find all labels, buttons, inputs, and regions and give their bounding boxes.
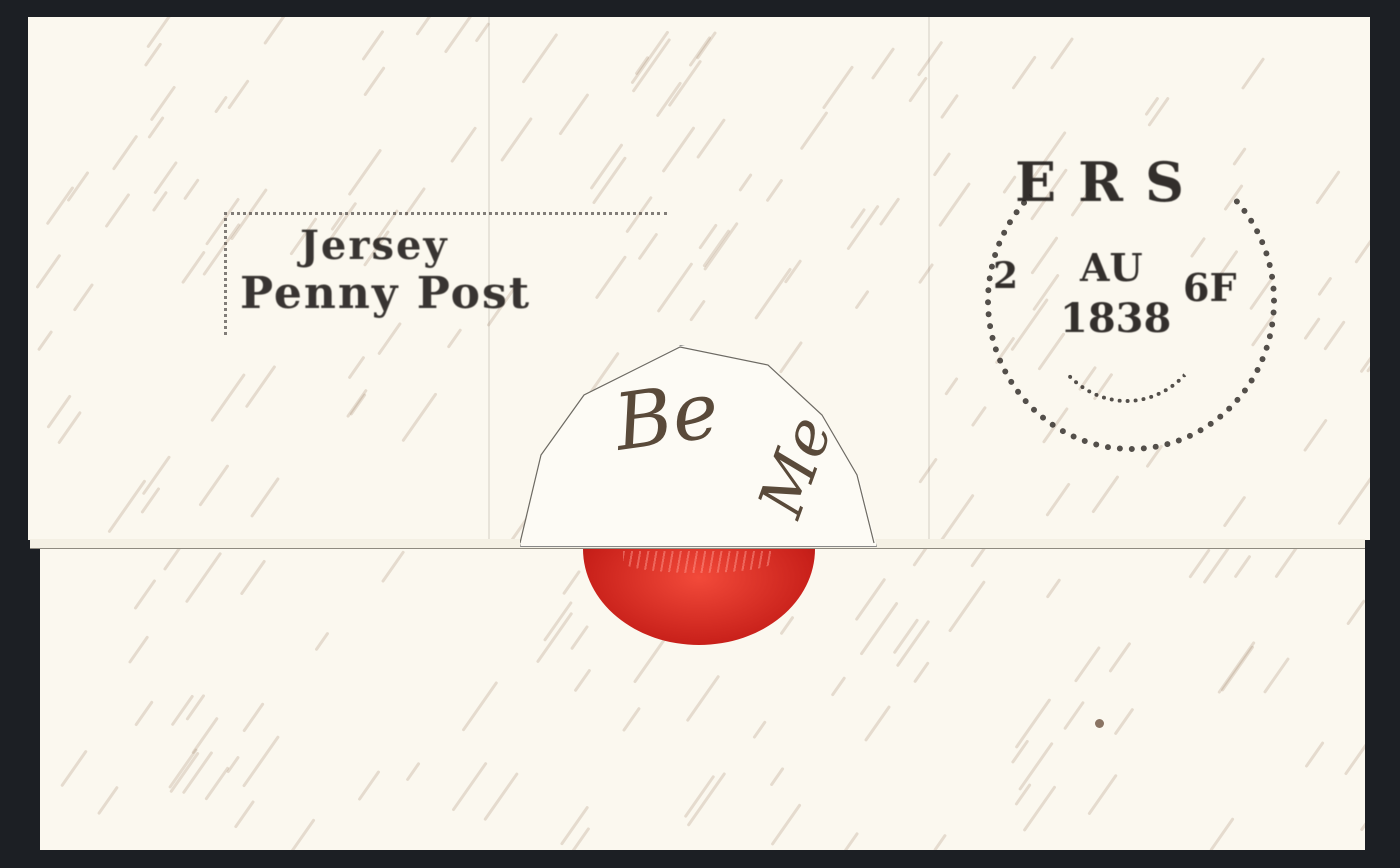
faint-writing-stroke [892, 618, 918, 654]
faint-writing-stroke [226, 756, 240, 774]
faint-writing-stroke [560, 805, 590, 845]
faint-writing-stroke [703, 222, 739, 271]
faint-writing-stroke [105, 193, 131, 228]
faint-writing-stroke [689, 299, 706, 321]
faint-writing-stroke [361, 29, 384, 60]
faint-writing-stroke [944, 377, 958, 396]
faint-writing-stroke [233, 800, 254, 828]
faint-writing-stroke [854, 578, 886, 621]
faint-writing-stroke [416, 17, 442, 36]
faint-writing-stroke [227, 80, 249, 110]
faint-writing-stroke [242, 735, 280, 787]
faint-writing-stroke [752, 720, 767, 739]
faint-writing-stroke [913, 549, 933, 567]
postmark-month: AU [1080, 245, 1143, 290]
faint-writing-stroke [483, 771, 519, 820]
faint-writing-stroke [1344, 732, 1365, 776]
faint-writing-stroke [347, 149, 381, 196]
faint-writing-stroke [766, 178, 784, 202]
faint-writing-stroke [1303, 419, 1328, 452]
faint-writing-stroke [314, 631, 329, 651]
faint-writing-stroke [1337, 476, 1370, 526]
faint-writing-stroke [1011, 55, 1037, 90]
faint-writing-stroke [133, 579, 156, 610]
faint-writing-stroke [1049, 37, 1073, 70]
faint-writing-stroke [1323, 320, 1346, 350]
faint-writing-stroke [778, 341, 802, 374]
faint-writing-stroke [1022, 785, 1056, 832]
faint-writing-stroke [686, 772, 726, 827]
faint-writing-stroke [1091, 475, 1119, 513]
faint-writing-stroke [58, 410, 83, 444]
faint-writing-stroke [450, 126, 477, 163]
handstamp-line-2: Penny Post [240, 268, 531, 319]
faint-writing-stroke [181, 250, 206, 283]
faint-writing-stroke [864, 705, 891, 742]
faint-writing-stroke [97, 786, 119, 815]
penny-post-handstamp: Jersey Penny Post [220, 200, 670, 350]
faint-writing-stroke [830, 676, 846, 696]
faint-writing-stroke [61, 750, 89, 788]
faint-writing-stroke [1223, 495, 1247, 527]
faint-writing-stroke [559, 93, 590, 135]
faint-writing-stroke [1108, 642, 1131, 673]
faint-writing-stroke [879, 197, 901, 226]
faint-writing-stroke [661, 126, 695, 173]
faint-writing-stroke [128, 635, 150, 664]
faint-writing-stroke [1241, 57, 1265, 90]
faint-writing-stroke [938, 493, 974, 540]
faint-writing-stroke [1074, 646, 1101, 683]
faint-writing-stroke [770, 767, 785, 787]
faint-writing-stroke [183, 178, 200, 200]
faint-writing-stroke [210, 373, 246, 422]
faint-writing-stroke [199, 465, 230, 507]
faint-writing-stroke [243, 702, 265, 732]
faint-writing-stroke [153, 160, 178, 194]
faint-writing-stroke [1063, 700, 1085, 730]
faint-writing-stroke [573, 668, 591, 692]
faint-writing-stroke [163, 549, 182, 571]
faint-writing-stroke [240, 559, 267, 595]
faint-writing-stroke [1015, 698, 1052, 749]
faint-writing-stroke [913, 661, 930, 683]
faint-writing-stroke [696, 117, 726, 158]
faint-writing-stroke [948, 580, 986, 632]
faint-writing-stroke [73, 283, 94, 311]
faint-writing-stroke [1114, 708, 1135, 736]
faint-writing-stroke [933, 152, 951, 176]
faint-writing-stroke [1346, 599, 1365, 625]
faint-writing-stroke [245, 364, 277, 408]
faint-writing-stroke [444, 17, 473, 54]
faint-writing-stroke [918, 263, 934, 285]
faint-writing-stroke [917, 40, 944, 76]
faint-writing-stroke [1305, 741, 1325, 768]
faint-writing-stroke [461, 681, 498, 732]
faint-writing-stroke [908, 76, 928, 102]
faint-writing-stroke [1304, 317, 1322, 340]
postmark-year: 1838 [1060, 295, 1171, 342]
faint-writing-stroke [630, 31, 669, 85]
ink-spot [1095, 719, 1104, 728]
faint-writing-stroke [37, 330, 53, 352]
faint-writing-stroke [168, 748, 198, 789]
faint-writing-stroke [107, 480, 146, 534]
faint-writing-stroke [381, 549, 405, 582]
faint-writing-stroke [1354, 237, 1370, 264]
faint-writing-stroke [656, 82, 682, 118]
faint-writing-stroke [970, 549, 987, 567]
faint-writing-stroke [1046, 579, 1062, 599]
postmark-top-arc: ERS [1015, 150, 1206, 214]
faint-writing-stroke [363, 67, 385, 97]
manuscript-be: Be [609, 365, 724, 469]
faint-writing-stroke [152, 191, 168, 212]
faint-writing-stroke [1218, 641, 1257, 694]
dated-circle-postmark: ERS 2 AU 6F 1838 [985, 150, 1285, 450]
faint-writing-stroke [1275, 549, 1314, 578]
handstamp-line-1: Jersey [300, 222, 449, 269]
faint-writing-stroke [562, 570, 581, 596]
faint-writing-stroke [1046, 482, 1072, 517]
faint-writing-stroke [134, 701, 154, 727]
postmark-code: 6F [1183, 265, 1236, 310]
faint-writing-stroke [570, 625, 589, 651]
faint-writing-stroke [843, 832, 859, 850]
faint-writing-stroke [521, 33, 558, 84]
faint-writing-stroke [1317, 276, 1332, 295]
faint-writing-stroke [800, 111, 829, 151]
faint-writing-stroke [46, 186, 75, 226]
faint-writing-stroke [405, 761, 420, 781]
faint-writing-stroke [1209, 817, 1234, 850]
faint-writing-stroke [940, 93, 959, 118]
faint-writing-stroke [771, 803, 802, 846]
faint-writing-stroke [855, 289, 870, 309]
faint-writing-stroke [939, 182, 972, 227]
faint-writing-stroke [451, 761, 487, 811]
faint-writing-stroke [754, 267, 792, 320]
faint-writing-stroke [1315, 170, 1340, 204]
postmark-day: 2 [993, 255, 1018, 297]
faint-writing-stroke [543, 602, 573, 643]
faint-writing-stroke [667, 60, 701, 107]
faint-writing-stroke [284, 819, 315, 850]
faint-writing-stroke [933, 833, 947, 850]
faint-writing-stroke [185, 551, 223, 603]
faint-writing-stroke [738, 173, 752, 192]
faint-writing-stroke [47, 394, 73, 429]
faint-writing-stroke [860, 601, 899, 655]
seal-impression [623, 551, 773, 573]
faint-writing-stroke [263, 17, 299, 45]
faint-writing-stroke [250, 477, 280, 518]
faint-writing-stroke [112, 134, 139, 170]
faint-writing-stroke [346, 389, 368, 418]
faint-writing-stroke [348, 356, 366, 380]
faint-writing-stroke [822, 65, 854, 109]
faint-writing-stroke [780, 615, 795, 635]
faint-writing-stroke [632, 38, 671, 93]
faint-writing-stroke [536, 611, 574, 663]
faint-writing-stroke [357, 769, 380, 800]
faint-writing-stroke [1233, 554, 1251, 578]
faint-writing-stroke [1263, 657, 1290, 694]
faint-writing-stroke [1360, 799, 1365, 831]
faint-writing-stroke [402, 392, 438, 442]
faint-writing-stroke [214, 95, 228, 113]
faint-writing-stroke [871, 47, 895, 80]
faint-writing-stroke [500, 116, 533, 161]
faint-writing-stroke [36, 254, 62, 289]
faint-writing-stroke [622, 707, 641, 732]
fold-line [928, 17, 930, 540]
faint-writing-stroke [182, 751, 214, 795]
faint-writing-stroke [1088, 774, 1119, 816]
faint-writing-stroke [685, 675, 719, 722]
